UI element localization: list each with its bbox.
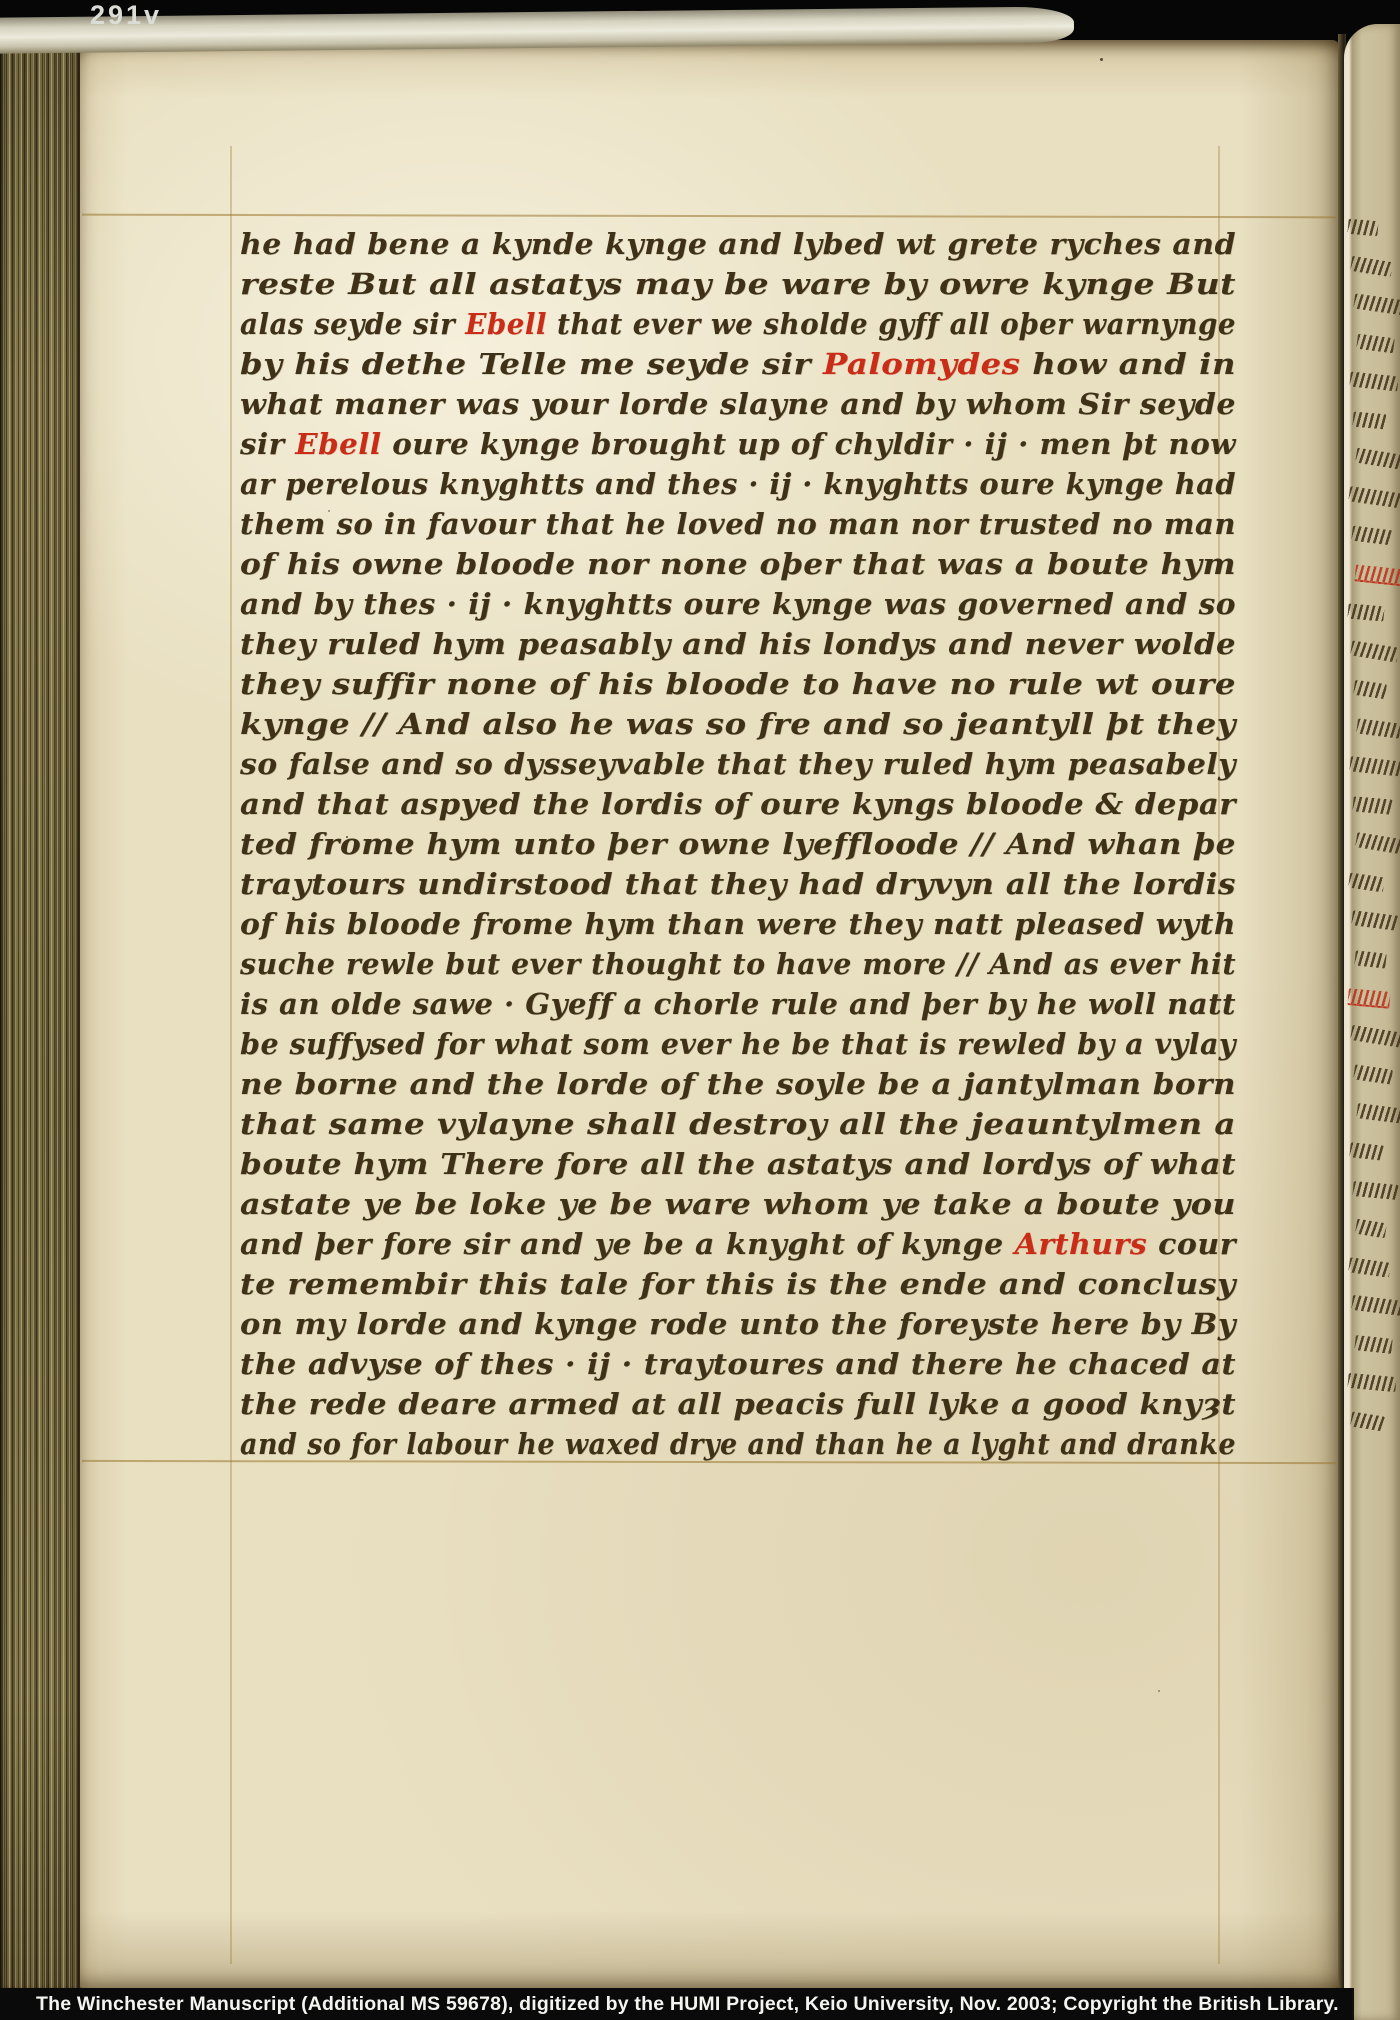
next-page-writing-fragment xyxy=(1347,219,1378,237)
next-page-edge xyxy=(1344,24,1400,2020)
manuscript-line: astate ye be loke ye be ware whom ye tak… xyxy=(240,1187,1236,1227)
manuscript-line: boute hym There fore all the astatys and… xyxy=(240,1147,1236,1187)
ink-text: ted frome hym unto þer owne lyeffloode /… xyxy=(240,827,1236,861)
manuscript-line: ted frome hym unto þer owne lyeffloode /… xyxy=(240,827,1236,867)
next-page-writing-fragment xyxy=(1348,486,1400,509)
manuscript-line: the advyse of thes · ij · traytoures and… xyxy=(240,1347,1236,1387)
caption-bar: The Winchester Manuscript (Additional MS… xyxy=(0,1988,1352,2020)
ink-text: how and in xyxy=(1020,347,1236,381)
manuscript-line: on my lorde and kynge rode unto the fore… xyxy=(240,1307,1236,1347)
ink-text: what maner was your lorde slayne and by … xyxy=(240,387,1236,421)
manuscript-text: he had bene a kynde kynge and lybed wt g… xyxy=(240,227,1236,1467)
next-page-writing-fragment xyxy=(1354,950,1386,968)
ink-text: ar perelous knyghtts and thes · ij · kny… xyxy=(240,467,1236,501)
manuscript-line: kynge // And also he was so fre and so j… xyxy=(240,707,1236,747)
next-page-writing-fragment xyxy=(1347,1373,1396,1392)
ink-text: he had bene a kynde kynge and lybed wt g… xyxy=(240,227,1236,261)
next-page-writing-fragment xyxy=(1348,872,1385,892)
next-page-writing-fragment xyxy=(1356,333,1395,352)
ink-text: reste But all astatys may be ware by owr… xyxy=(240,267,1236,301)
next-page-writing-fragment xyxy=(1347,988,1390,1009)
manuscript-line: is an olde sawe · Gyeff a chorle rule an… xyxy=(240,987,1236,1027)
ink-text: that ever we sholde gyff all oþer warnyn… xyxy=(547,307,1236,341)
manuscript-page: he had bene a kynde kynge and lybed wt g… xyxy=(78,40,1340,1988)
ruling-line-top xyxy=(82,214,1336,219)
ink-text: they ruled hym peasably and his londys a… xyxy=(240,627,1236,661)
manuscript-line: so false and so dysseyvable that they ru… xyxy=(240,747,1236,787)
rubricated-name: Ebell xyxy=(465,307,547,341)
ink-text: that same vylayne shall destroy all the … xyxy=(240,1107,1236,1141)
next-page-writing-fragment xyxy=(1353,1064,1393,1084)
ink-text: kynge // And also he was so fre and so j… xyxy=(240,707,1236,741)
folio-number: 291v xyxy=(90,0,162,31)
ink-text: boute hym There fore all the astatys and… xyxy=(240,1147,1236,1181)
ink-speck xyxy=(1158,1690,1160,1692)
rubricated-name: Arthurs xyxy=(1015,1227,1148,1261)
ink-text: by his dethe Telle me seyde sir xyxy=(240,347,823,381)
ink-text: astate ye be loke ye be ware whom ye tak… xyxy=(240,1187,1236,1221)
manuscript-line: ne borne and the lorde of the soyle be a… xyxy=(240,1067,1236,1107)
manuscript-line: and by thes · ij · knyghtts oure kynge w… xyxy=(240,587,1236,627)
book-page-edges xyxy=(0,34,80,1990)
next-page-writing-fragment xyxy=(1356,1103,1400,1124)
next-page-writing-fragment xyxy=(1355,832,1400,855)
manuscript-line: what maner was your lorde slayne and by … xyxy=(240,387,1236,427)
ink-text: sir xyxy=(240,427,295,461)
ink-text: cour xyxy=(1147,1227,1236,1261)
next-page-writing-fragment xyxy=(1351,526,1393,546)
next-page-writing-fragment xyxy=(1354,564,1400,586)
manuscript-line: ar perelous knyghtts and thes · ij · kny… xyxy=(240,467,1236,507)
ink-text: of his bloode frome hym than were they n… xyxy=(240,907,1236,941)
next-page-writing-fragment xyxy=(1350,1411,1385,1431)
ink-text: the rede deare armed at all peacis full … xyxy=(240,1387,1236,1421)
ink-text: and so for labour he waxed drye and than… xyxy=(240,1427,1236,1461)
next-page-writing-fragment xyxy=(1349,372,1398,392)
manuscript-line: they ruled hym peasably and his londys a… xyxy=(240,627,1236,667)
rubricated-name: Ebell xyxy=(295,427,381,461)
next-page-writing-fragment xyxy=(1351,910,1398,930)
ink-text: they suffir none of his bloode to have n… xyxy=(240,667,1236,701)
ink-text: is an olde sawe · Gyeff a chorle rule an… xyxy=(240,987,1236,1021)
manuscript-line: he had bene a kynde kynge and lybed wt g… xyxy=(240,227,1236,267)
manuscript-line: be suffysed for what som ever he be that… xyxy=(240,1027,1236,1067)
next-page-writing-fragment xyxy=(1348,1257,1391,1278)
manuscript-line: of his bloode frome hym than were they n… xyxy=(240,907,1236,947)
next-page-writing-fragment xyxy=(1352,411,1386,429)
digitized-manuscript-photo: { "folio_label": "291v", "caption": "The… xyxy=(0,0,1400,2020)
manuscript-line: traytours undirstood that they had dryvy… xyxy=(240,867,1236,907)
next-page-writing-fragment xyxy=(1356,718,1400,738)
rubricated-name: Palomydes xyxy=(823,347,1021,381)
ink-text: te remembir this tale for this is the en… xyxy=(240,1267,1236,1301)
manuscript-line: that same vylayne shall destroy all the … xyxy=(240,1107,1236,1147)
ink-text: ne borne and the lorde of the soyle be a… xyxy=(240,1067,1236,1101)
next-page-writing-fragment xyxy=(1352,796,1392,814)
ink-text: so false and so dysseyvable that they ru… xyxy=(240,747,1236,781)
ink-text: and that aspyed the lordis of oure kyngs… xyxy=(240,787,1236,821)
ink-text: and by thes · ij · knyghtts oure kynge w… xyxy=(240,587,1236,621)
next-page-writing-fragment xyxy=(1353,680,1387,699)
next-page-writing-fragment xyxy=(1353,293,1400,315)
ink-text: alas seyde sir xyxy=(240,307,465,341)
next-page-writing-fragment xyxy=(1351,1295,1400,1316)
manuscript-line: and so for labour he waxed drye and than… xyxy=(240,1427,1236,1467)
ink-text: and þer fore sir and ye be a knyght of k… xyxy=(240,1227,1015,1261)
manuscript-line: suche rewle but ever thought to have mor… xyxy=(240,947,1236,987)
manuscript-line: and þer fore sir and ye be a knyght of k… xyxy=(240,1227,1236,1267)
manuscript-line: and that aspyed the lordis of oure kyngs… xyxy=(240,787,1236,827)
ink-text: them so in favour that he loved no man n… xyxy=(240,507,1236,541)
ink-text: traytours undirstood that they had dryvy… xyxy=(240,867,1236,901)
next-page-writing-fragment xyxy=(1354,1335,1392,1354)
manuscript-line: of his owne bloode nor none oþer that wa… xyxy=(240,547,1236,587)
next-page-writing-fragment xyxy=(1349,756,1400,777)
ink-text: on my lorde and kynge rode unto the fore… xyxy=(240,1307,1236,1341)
manuscript-line: them so in favour that he loved no man n… xyxy=(240,507,1236,547)
ink-text: be suffysed for what som ever he be that… xyxy=(240,1027,1236,1061)
manuscript-line: sir Ebell oure kynge brought up of chyld… xyxy=(240,427,1236,467)
manuscript-line: the rede deare armed at all peacis full … xyxy=(240,1387,1236,1427)
ink-text: the advyse of thes · ij · traytoures and… xyxy=(240,1347,1236,1381)
manuscript-line: by his dethe Telle me seyde sir Palomyde… xyxy=(240,347,1236,387)
next-page-writing-fragment xyxy=(1350,1024,1400,1047)
manuscript-line: they suffir none of his bloode to have n… xyxy=(240,667,1236,707)
ink-text: oure kynge brought up of chyldir · ij · … xyxy=(382,427,1236,461)
next-page-writing-fragment xyxy=(1349,1142,1384,1160)
ruling-line-left xyxy=(230,146,232,1964)
ink-text: suche rewle but ever thought to have mor… xyxy=(240,947,1236,981)
next-page-writing-fragment xyxy=(1350,640,1399,662)
next-page-writing-fragment xyxy=(1352,1181,1398,1200)
manuscript-line: te remembir this tale for this is the en… xyxy=(240,1267,1236,1307)
ink-text: of his owne bloode nor none oþer that wa… xyxy=(240,547,1236,581)
next-page-writing-fragment xyxy=(1347,603,1384,621)
manuscript-line: alas seyde sir Ebell that ever we sholde… xyxy=(240,307,1236,347)
next-page-writing-fragment xyxy=(1355,448,1400,470)
caption-text: The Winchester Manuscript (Additional MS… xyxy=(0,1993,1339,2016)
next-page-writing-fragment xyxy=(1355,1219,1387,1239)
ink-speck xyxy=(1100,58,1103,61)
next-page-writing-fragment xyxy=(1350,255,1393,276)
manuscript-line: reste But all astatys may be ware by owr… xyxy=(240,267,1236,307)
